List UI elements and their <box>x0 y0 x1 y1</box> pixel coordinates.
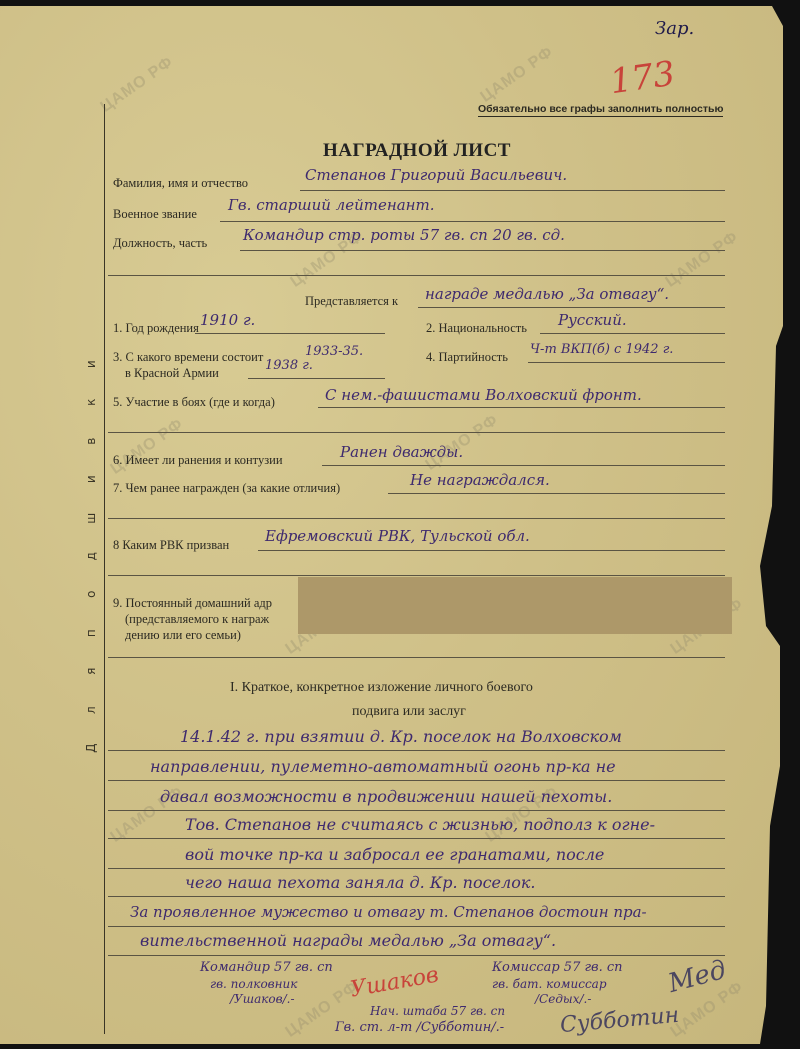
party-value: Ч-т ВКП(б) с 1942 г. <box>530 342 673 357</box>
wounds-value: Ранен дважды. <box>340 443 463 461</box>
presented-label: Представляется к <box>305 294 398 309</box>
wounds-rule <box>322 465 725 466</box>
narrative-line: вой точке пр-ка и забросал ее гранатами,… <box>185 845 604 864</box>
position-rule <box>240 250 725 251</box>
blank-rule <box>108 575 725 576</box>
watermark: ЦАМО РФ <box>477 43 557 106</box>
corner-note: Зар. <box>655 18 694 39</box>
blank-rule <box>108 275 725 276</box>
commander-title: Командир 57 гв. сп <box>200 960 333 975</box>
commander-name: /Ушаков/.- <box>230 992 295 1006</box>
margin-line <box>104 104 105 1034</box>
fio-rule <box>300 190 725 191</box>
address-label: 9. Постоянный домашний адр <box>113 596 272 611</box>
blank-rule <box>108 432 725 433</box>
narrative-rule <box>108 926 725 927</box>
narrative-rule <box>108 780 725 781</box>
party-label: 4. Партийность <box>426 350 508 365</box>
battles-rule <box>318 407 725 408</box>
nationality-label: 2. Национальность <box>426 321 527 336</box>
chief-of-staff-name: Гв. ст. л-т /Субботин/.- <box>335 1020 504 1035</box>
address-label-2: (представляемого к награж <box>125 612 269 627</box>
commissar-rank: гв. бат. комиссар <box>492 977 607 991</box>
narrative-line: чего наша пехота заняла д. Кр. поселок. <box>185 873 535 892</box>
margin-vertical-label: и к в и ш д о п я л Д <box>84 345 98 767</box>
nationality-rule <box>540 333 725 334</box>
narrative-rule <box>108 810 725 811</box>
awards-value: Не награждался. <box>410 471 550 489</box>
awards-rule <box>388 493 725 494</box>
page-title: НАГРАДНОЙ ЛИСТ <box>323 140 511 162</box>
narrative-line: направлении, пулеметно-автоматный огонь … <box>150 757 616 776</box>
narrative-line: Тов. Степанов не считаясь с жизнью, подп… <box>185 815 655 834</box>
notice-text: Обязательно все графы заполнить полность… <box>478 103 723 117</box>
commissar-title: Комиссар 57 гв. сп <box>492 960 623 975</box>
narrative-rule <box>108 955 725 956</box>
rank-rule <box>220 221 725 222</box>
army-since-label: 3. С какого времени состоит <box>113 350 263 365</box>
narrative-line: вительственной награды медалью „За отваг… <box>140 931 556 950</box>
redacted-address <box>298 577 732 634</box>
blank-rule <box>108 518 725 519</box>
presented-rule <box>418 307 725 308</box>
watermark: ЦАМО РФ <box>97 53 177 116</box>
rvk-label: 8 Каким РВК призван <box>113 538 229 553</box>
army-since-rule <box>248 378 385 379</box>
watermark: ЦАМО РФ <box>107 415 187 478</box>
narrative-line: За проявленное мужество и отвагу т. Степ… <box>130 903 647 921</box>
battles-label: 5. Участие в боях (где и когда) <box>113 395 275 410</box>
rank-label: Военное звание <box>113 207 197 222</box>
watermark: ЦАМО РФ <box>662 228 742 291</box>
section1-title-2: подвига или заслуг <box>352 704 466 720</box>
awards-label: 7. Чем ранее награжден (за какие отличия… <box>113 481 340 496</box>
rank-value: Гв. старший лейтенант. <box>228 196 435 214</box>
army-since-value: 1933-35. <box>305 344 363 359</box>
birth-year-rule <box>195 333 385 334</box>
position-label: Должность, часть <box>113 236 207 251</box>
birth-year-label: 1. Год рождения <box>113 321 199 336</box>
narrative-line: давал возможности в продвижении нашей пе… <box>160 787 612 806</box>
rvk-value: Ефремовский РВК, Тульской обл. <box>265 527 530 545</box>
narrative-rule <box>108 896 725 897</box>
nationality-value: Русский. <box>558 311 627 329</box>
rvk-rule <box>258 550 725 551</box>
commander-rank: гв. полковник <box>210 977 297 991</box>
blank-rule <box>108 657 725 658</box>
address-label-3: дению или его семьи) <box>125 628 241 643</box>
section1-title: I. Краткое, конкретное изложение личного… <box>230 680 533 696</box>
commissar-name: /Седых/.- <box>535 992 591 1006</box>
narrative-rule <box>108 838 725 839</box>
fio-value: Степанов Григорий Васильевич. <box>305 166 567 184</box>
chief-of-staff-title: Нач. штаба 57 гв. сп <box>370 1004 505 1018</box>
birth-year-value: 1910 г. <box>200 311 255 329</box>
narrative-rule <box>108 868 725 869</box>
narrative-line: 14.1.42 г. при взятии д. Кр. поселок на … <box>180 727 622 746</box>
party-rule <box>528 362 725 363</box>
position-value: Командир стр. роты 57 гв. сп 20 гв. сд. <box>243 226 565 244</box>
narrative-rule <box>108 750 725 751</box>
presented-value: награде медалью „За отвагу“. <box>425 285 669 303</box>
wounds-label: 6. Имеет ли ранения и контузии <box>113 453 283 468</box>
army-since-label-2: в Красной Армии <box>125 366 219 381</box>
army-since-value-2: 1938 г. <box>265 358 313 373</box>
fio-label: Фамилия, имя и отчество <box>113 176 248 191</box>
battles-value: С нем.-фашистами Волховский фронт. <box>325 386 642 404</box>
